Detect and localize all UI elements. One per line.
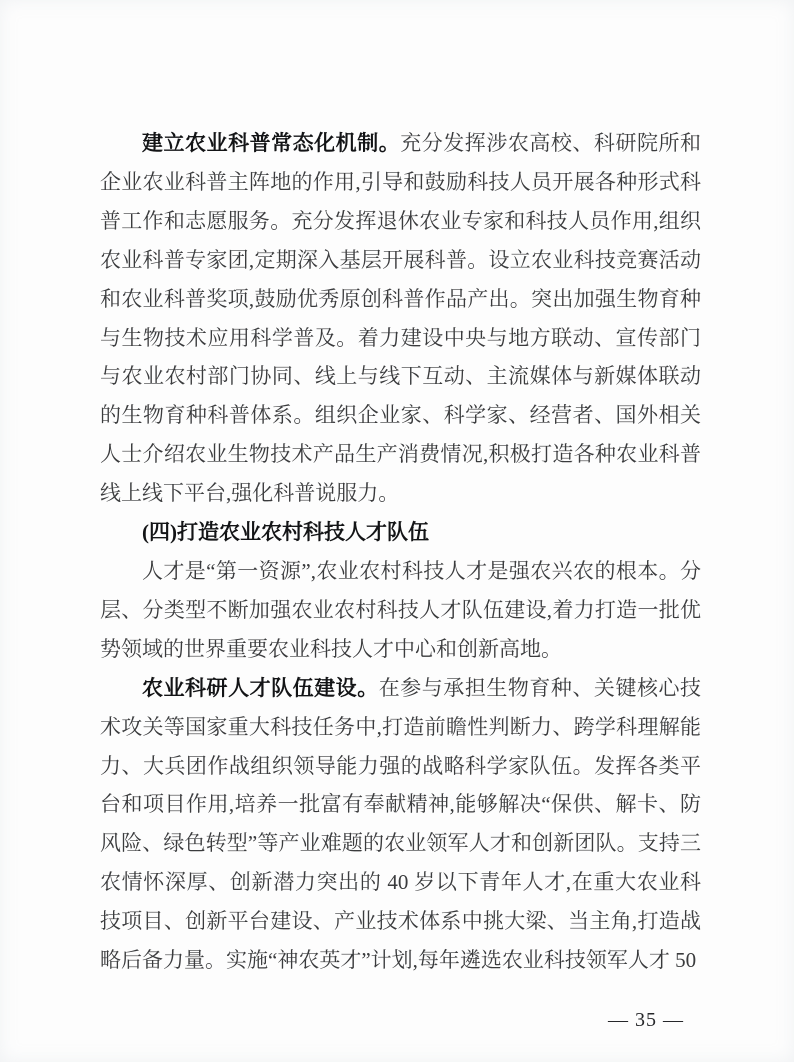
body-paragraph: 人才是“第一资源”,农业农村科技人才是强农兴农的根本。分层、分类型不断加强农业农… xyxy=(100,552,701,669)
document-body: 建立农业科普常态化机制。充分发挥涉农高校、科研院所和企业农业科普主阵地的作用,引… xyxy=(100,124,701,980)
body-text: 充分发挥涉农高校、科研院所和企业农业科普主阵地的作用,引导和鼓励科技人员开展各种… xyxy=(100,131,701,505)
document-page: 建立农业科普常态化机制。充分发挥涉农高校、科研院所和企业农业科普主阵地的作用,引… xyxy=(0,0,794,1062)
body-text: 人才是“第一资源”,农业农村科技人才是强农兴农的根本。分层、分类型不断加强农业农… xyxy=(100,559,701,661)
page-footer: — 35 — xyxy=(608,1006,684,1034)
bold-lead-text: 农业科研人才队伍建设。 xyxy=(142,676,379,700)
body-paragraph: 农业科研人才队伍建设。在参与承担生物育种、关键核心技术攻关等国家重大科技任务中,… xyxy=(100,669,701,980)
body-paragraph: 建立农业科普常态化机制。充分发挥涉农高校、科研院所和企业农业科普主阵地的作用,引… xyxy=(100,124,701,513)
bold-lead-text: 建立农业科普常态化机制。 xyxy=(142,131,400,155)
section-heading: (四)打造农业农村科技人才队伍 xyxy=(100,513,701,552)
page-number: — 35 — xyxy=(608,1009,684,1031)
body-text: 在参与承担生物育种、关键核心技术攻关等国家重大科技任务中,打造前瞻性判断力、跨学… xyxy=(100,676,701,972)
bold-lead-text: (四)打造农业农村科技人才队伍 xyxy=(142,520,429,544)
